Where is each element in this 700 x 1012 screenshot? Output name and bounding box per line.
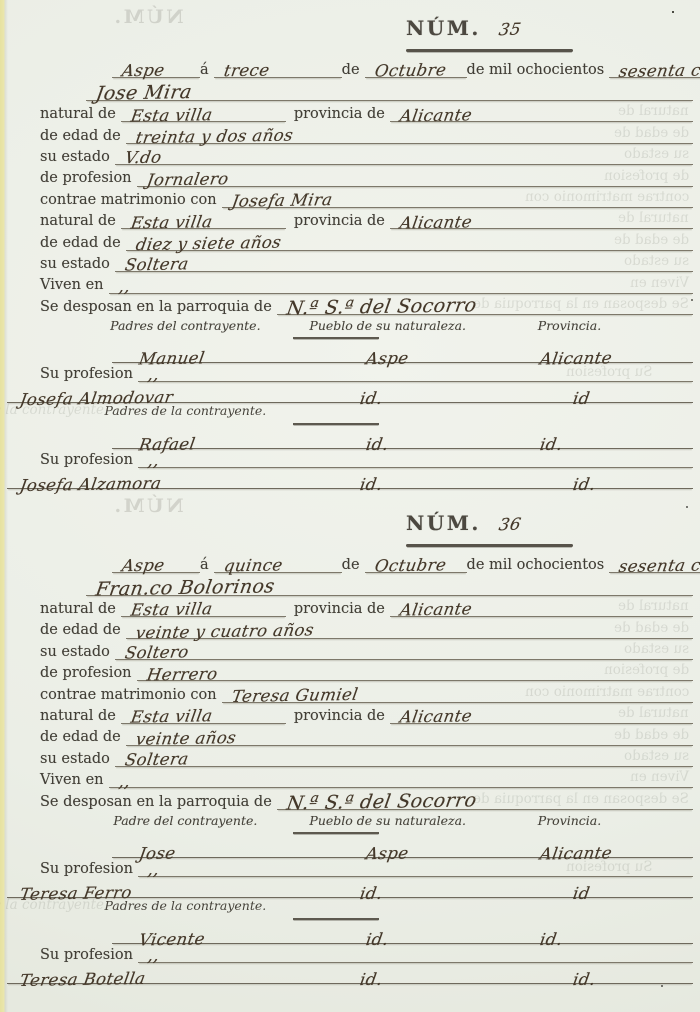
natural-de-label: natural de [40, 602, 121, 617]
table-header-row: Padre del contrayente. Pueblo de su natu… [7, 813, 693, 828]
ditto-handwritten: ,, [137, 949, 161, 964]
su-profesion-fill: ,, [138, 368, 693, 382]
estado-fill: Soltero [115, 646, 693, 660]
ditto-handwritten: ,, [137, 368, 161, 383]
estado-label: su estado [40, 257, 115, 272]
contrae-label: contrae matrimonio con [40, 688, 222, 703]
num-underline [406, 544, 573, 547]
num-value-handwritten: 35 [487, 22, 522, 38]
col-header-parents: Padres del contrayente. [110, 318, 260, 333]
father-row: Jose Aspe Alicante [112, 837, 693, 858]
edad-label: de edad de [40, 623, 126, 638]
estado-label: su estado [40, 752, 115, 767]
label-de: de [342, 63, 365, 78]
estado-line: su estado V.do su estado [40, 144, 693, 165]
col-header-parents: Padre del contrayente. [113, 813, 257, 828]
edad-label: de edad de [40, 129, 126, 144]
col-header-provincia: Provincia. [538, 813, 601, 828]
provincia-fill: Alicante [390, 109, 693, 123]
place-fill: Aspe [112, 64, 200, 78]
natural-de-label: natural de [40, 214, 121, 229]
edad-label: de edad de [40, 730, 126, 745]
label-mil-ochocientos: de mil ochocientos [467, 63, 610, 78]
edad-fill: diez y siete años [126, 237, 693, 251]
provincia-label: provincia de [286, 214, 390, 229]
bride-parents-label: Padres de la contrayente. [104, 403, 266, 418]
profesion-label: de profesion [40, 171, 137, 186]
bride-mother-row: Josefa Alzamora id. id. [7, 468, 693, 489]
natural-de-line-2: natural de Esta villa provincia de Alica… [40, 703, 693, 724]
month-fill: Octubre [365, 559, 467, 573]
edad-fill: veinte años [126, 732, 693, 746]
label-a: á [200, 63, 214, 78]
date-line: Aspe á trece de Octubre de mil ochocient… [112, 55, 693, 78]
natural-de-label: natural de [40, 709, 121, 724]
table-header-row: Padres del contrayente. Pueblo de su nat… [7, 318, 693, 333]
su-profesion-fill: ,, [138, 863, 693, 877]
estado-label: su estado [40, 150, 115, 165]
bride-mother-provincia-handwritten: id. [561, 973, 596, 988]
desposan-label: Se desposan en la parroquia de [40, 300, 277, 315]
natural-de-line: natural de Esta villa provincia de Alica… [40, 596, 693, 617]
natural-de-fill: Esta villa [121, 710, 286, 724]
desposan-line: Se desposan en la parroquia de N.ª S.ª d… [40, 788, 693, 809]
year-fill: sesenta cuatro [609, 64, 700, 78]
label-mil-ochocientos: de mil ochocientos [467, 558, 610, 573]
record-number-heading: NÚM.36 [406, 511, 700, 547]
provincia-fill: Alicante [390, 216, 693, 230]
col-header-pueblo: Pueblo de su naturaleza. [309, 318, 466, 333]
num-value-handwritten: 36 [487, 517, 522, 533]
groom-name-fill: Jose Mira [86, 85, 693, 101]
contrae-fill: Teresa Gumiel [222, 689, 693, 703]
form-dash [293, 832, 379, 834]
natural-de-fill: Esta villa [121, 603, 286, 617]
ditto-handwritten: ,, [137, 863, 161, 878]
date-line: Aspe á quince de Octubre de mil ochocien… [112, 550, 693, 573]
bride-mother-name-handwritten: Teresa Botella [9, 972, 147, 989]
su-profesion-label: Su profesion [40, 367, 138, 382]
contrae-line: contrae matrimonio con Josefa Mira contr… [40, 187, 693, 208]
su-profesion-line: Su profesion ,, Su profesion [40, 363, 693, 382]
su-profesion-label: Su profesion [40, 453, 138, 468]
scanned-marriage-register-page: NÚM. NÚM.35 Aspe á trece de Octubre de m… [0, 0, 700, 1012]
bride-parents-heading: Padres de la contrayente. Padres de la c… [7, 403, 693, 419]
natural-de-label: natural de [40, 107, 121, 122]
label-de: de [342, 558, 365, 573]
dash-row [7, 914, 693, 923]
edad-fill: treinta y dos años [126, 130, 693, 144]
bleedthrough-num-heading: NÚM. [112, 6, 184, 28]
bleedthrough-num-heading: NÚM. [112, 495, 184, 517]
contrae-label: contrae matrimonio con [40, 193, 222, 208]
estado-fill: V.do [115, 151, 693, 165]
day-fill: quince [214, 559, 342, 573]
day-fill: trece [214, 64, 342, 78]
su-profesion-line: Su profesion ,, Su profesion [40, 858, 693, 877]
desposan-line: Se desposan en la parroquia de N.ª S.ª d… [40, 294, 693, 315]
desposan-fill: N.ª S.ª del Socorro [277, 299, 693, 315]
estado-label: su estado [40, 645, 115, 660]
provincia-label: provincia de [286, 107, 390, 122]
natural-de-fill: Esta villa [121, 216, 286, 230]
edad-fill: veinte y cuatro años [126, 625, 693, 639]
col-header-provincia: Provincia. [538, 318, 601, 333]
contrae-fill: Josefa Mira [222, 194, 693, 208]
provincia-fill: Alicante [390, 710, 693, 724]
estado-line-2: su estado Soltera su estado [40, 746, 693, 767]
viven-fill: ,, [109, 775, 694, 789]
record-number-heading: NÚM.35 [406, 16, 700, 52]
edad-line: de edad de veinte y cuatro años de edad … [40, 617, 693, 638]
provincia-fill: Alicante [390, 603, 693, 617]
ditto-handwritten: ,, [137, 454, 161, 469]
year-fill: sesenta cuatro [609, 559, 700, 573]
profesion-line: de profesion Jornalero de profesion [40, 165, 693, 186]
provincia-label: provincia de [286, 602, 390, 617]
num-label: NÚM. [406, 16, 481, 40]
parroquia-handwritten: N.ª S.ª del Socorro [275, 792, 478, 813]
bride-mother-pueblo-handwritten: id. [349, 973, 384, 988]
dash-row [7, 828, 693, 837]
num-label: NÚM. [406, 511, 481, 535]
estado-fill: Soltera [115, 258, 693, 272]
ditto-handwritten: ,, [107, 279, 131, 294]
label-a: á [200, 558, 214, 573]
su-profesion-line-2: Su profesion ,, [40, 944, 693, 963]
father-row: Manuel Aspe Alicante [112, 342, 693, 363]
profesion-label: de profesion [40, 666, 137, 681]
record-num-36: NÚM. NÚM.36 Aspe á quince de Octubre de … [0, 489, 700, 984]
record-num-35: NÚM. NÚM.35 Aspe á trece de Octubre de m… [0, 0, 700, 489]
viven-line: Viven en ,, Viven en [40, 767, 693, 788]
edad-label: de edad de [40, 236, 126, 251]
bride-parents-label: Padres de la contrayente. [104, 898, 266, 913]
bride-parents-heading: Padres de la contrayente. Padres de la c… [7, 898, 693, 914]
parroquia-handwritten: N.ª S.ª del Socorro [275, 297, 478, 318]
bride-father-row: Rafael id. id. [112, 428, 693, 449]
mother-row: Teresa Ferro id. id [7, 877, 693, 898]
profesion-fill: Herrero [137, 668, 693, 682]
edad-line-2: de edad de veinte años de edad de [40, 724, 693, 745]
su-profesion-label: Su profesion [40, 862, 138, 877]
natural-de-fill: Esta villa [121, 109, 286, 123]
desposan-label: Se desposan en la parroquia de [40, 795, 277, 810]
natural-de-line: natural de Esta villa provincia de Alica… [40, 101, 693, 122]
dash-row [7, 419, 693, 428]
form-dash [293, 337, 379, 339]
viven-line: Viven en ,, Viven en [40, 272, 693, 293]
su-profesion-fill: ,, [138, 454, 693, 468]
viven-label: Viven en [40, 773, 109, 788]
su-profesion-line-2: Su profesion ,, [40, 449, 693, 468]
groom-name-fill: Fran.co Bolorinos [86, 580, 693, 596]
viven-label: Viven en [40, 278, 109, 293]
col-header-pueblo: Pueblo de su naturaleza. [309, 813, 466, 828]
edad-line-2: de edad de diez y siete años de edad de [40, 229, 693, 250]
estado-line-2: su estado Soltera su estado [40, 251, 693, 272]
estado-line: su estado Soltero su estado [40, 639, 693, 660]
desposan-fill: N.ª S.ª del Socorro [277, 794, 693, 810]
num-underline [406, 49, 573, 52]
su-profesion-label: Su profesion [40, 948, 138, 963]
edad-line: de edad de treinta y dos años de edad de [40, 122, 693, 143]
dash-row [7, 333, 693, 342]
form-dash [293, 423, 379, 425]
profesion-fill: Jornalero [137, 173, 693, 187]
profesion-line: de profesion Herrero de profesion [40, 660, 693, 681]
ditto-handwritten: ,, [107, 774, 131, 789]
groom-name-line: Fran.co Bolorinos [86, 573, 693, 596]
month-fill: Octubre [365, 64, 467, 78]
su-profesion-fill: ,, [138, 949, 693, 963]
contrae-line: contrae matrimonio con Teresa Gumiel con… [40, 681, 693, 702]
natural-de-line-2: natural de Esta villa provincia de Alica… [40, 208, 693, 229]
provincia-label: provincia de [286, 709, 390, 724]
bride-father-row: Vicente id. id. [112, 923, 693, 944]
mother-row: Josefa Almodovar id. id [7, 382, 693, 403]
bride-mother-row: Teresa Botella id. id. [7, 963, 693, 984]
place-fill: Aspe [112, 559, 200, 573]
viven-fill: ,, [109, 280, 694, 294]
estado-fill: Soltera [115, 753, 693, 767]
groom-name-line: Jose Mira [86, 78, 693, 101]
form-dash [293, 918, 379, 920]
